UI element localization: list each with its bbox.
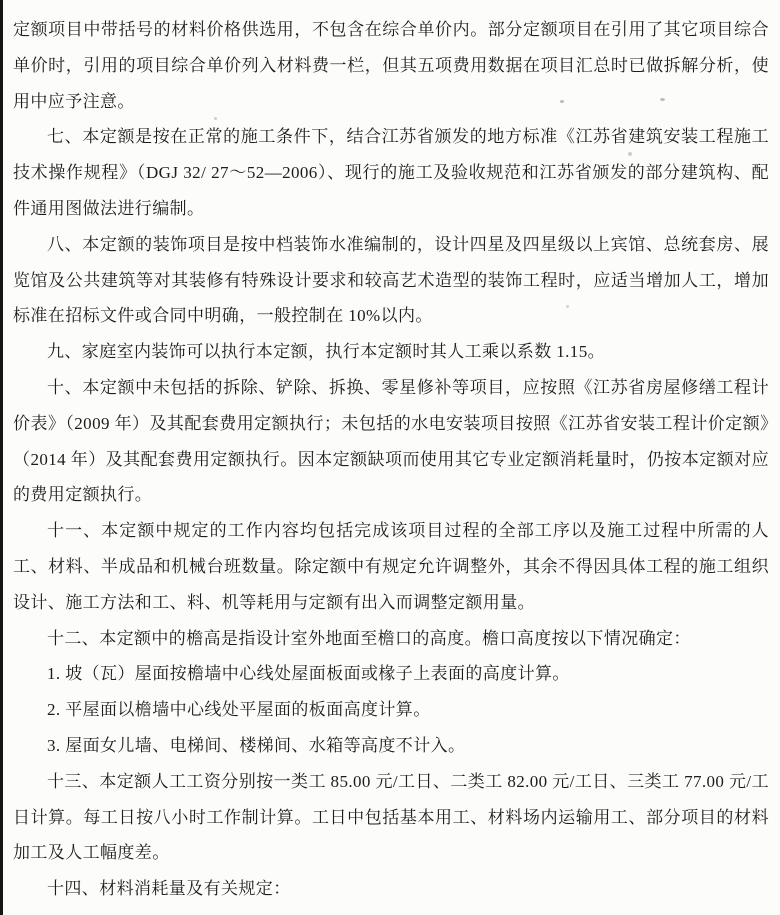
paragraph-item-13: 十三、本定额人工工资分别按一类工 85.00 元/工日、二类工 82.00 元/… (13, 764, 769, 871)
paragraph-item-10: 十、本定额中未包括的拆除、铲除、拆换、零星修补等项目，应按照《江苏省房屋修缮工程… (13, 370, 769, 513)
paragraph-subitem-1: 1. 坡（瓦）屋面按檐墙中心线处屋面板面或椽子上表面的高度计算。 (13, 656, 769, 692)
paragraph-subitem-3: 3. 屋面女儿墙、电梯间、楼梯间、水箱等高度不计入。 (13, 728, 769, 764)
paragraph-item-9: 九、家庭室内装饰可以执行本定额，执行本定额时其人工乘以系数 1.15。 (13, 334, 769, 370)
paragraph-continuation: 定额项目中带括号的材料价格供选用，不包含在综合单价内。部分定额项目在引用了其它项… (13, 12, 769, 119)
paragraph-item-11: 十一、本定额中规定的工作内容均包括完成该项目过程的全部工序以及施工过程中所需的人… (13, 513, 769, 620)
scan-edge-artifact (0, 0, 3, 915)
paragraph-item-8: 八、本定额的装饰项目是按中档装饰水准编制的，设计四星及四星级以上宾馆、总统套房、… (13, 227, 769, 334)
paragraph-item-12: 十二、本定额中的檐高是指设计室外地面至檐口的高度。檐口高度按以下情况确定： (13, 621, 769, 657)
document-page: 定额项目中带括号的材料价格供选用，不包含在综合单价内。部分定额项目在引用了其它项… (0, 0, 780, 915)
paragraph-subitem-2: 2. 平屋面以檐墙中心线处平屋面的板面高度计算。 (13, 692, 769, 728)
paragraph-item-7: 七、本定额是按在正常的施工条件下，结合江苏省颁发的地方标准《江苏省建筑安装工程施… (13, 119, 769, 226)
document-content: 定额项目中带括号的材料价格供选用，不包含在综合单价内。部分定额项目在引用了其它项… (13, 12, 769, 907)
paragraph-item-14: 十四、材料消耗量及有关规定： (13, 871, 769, 907)
